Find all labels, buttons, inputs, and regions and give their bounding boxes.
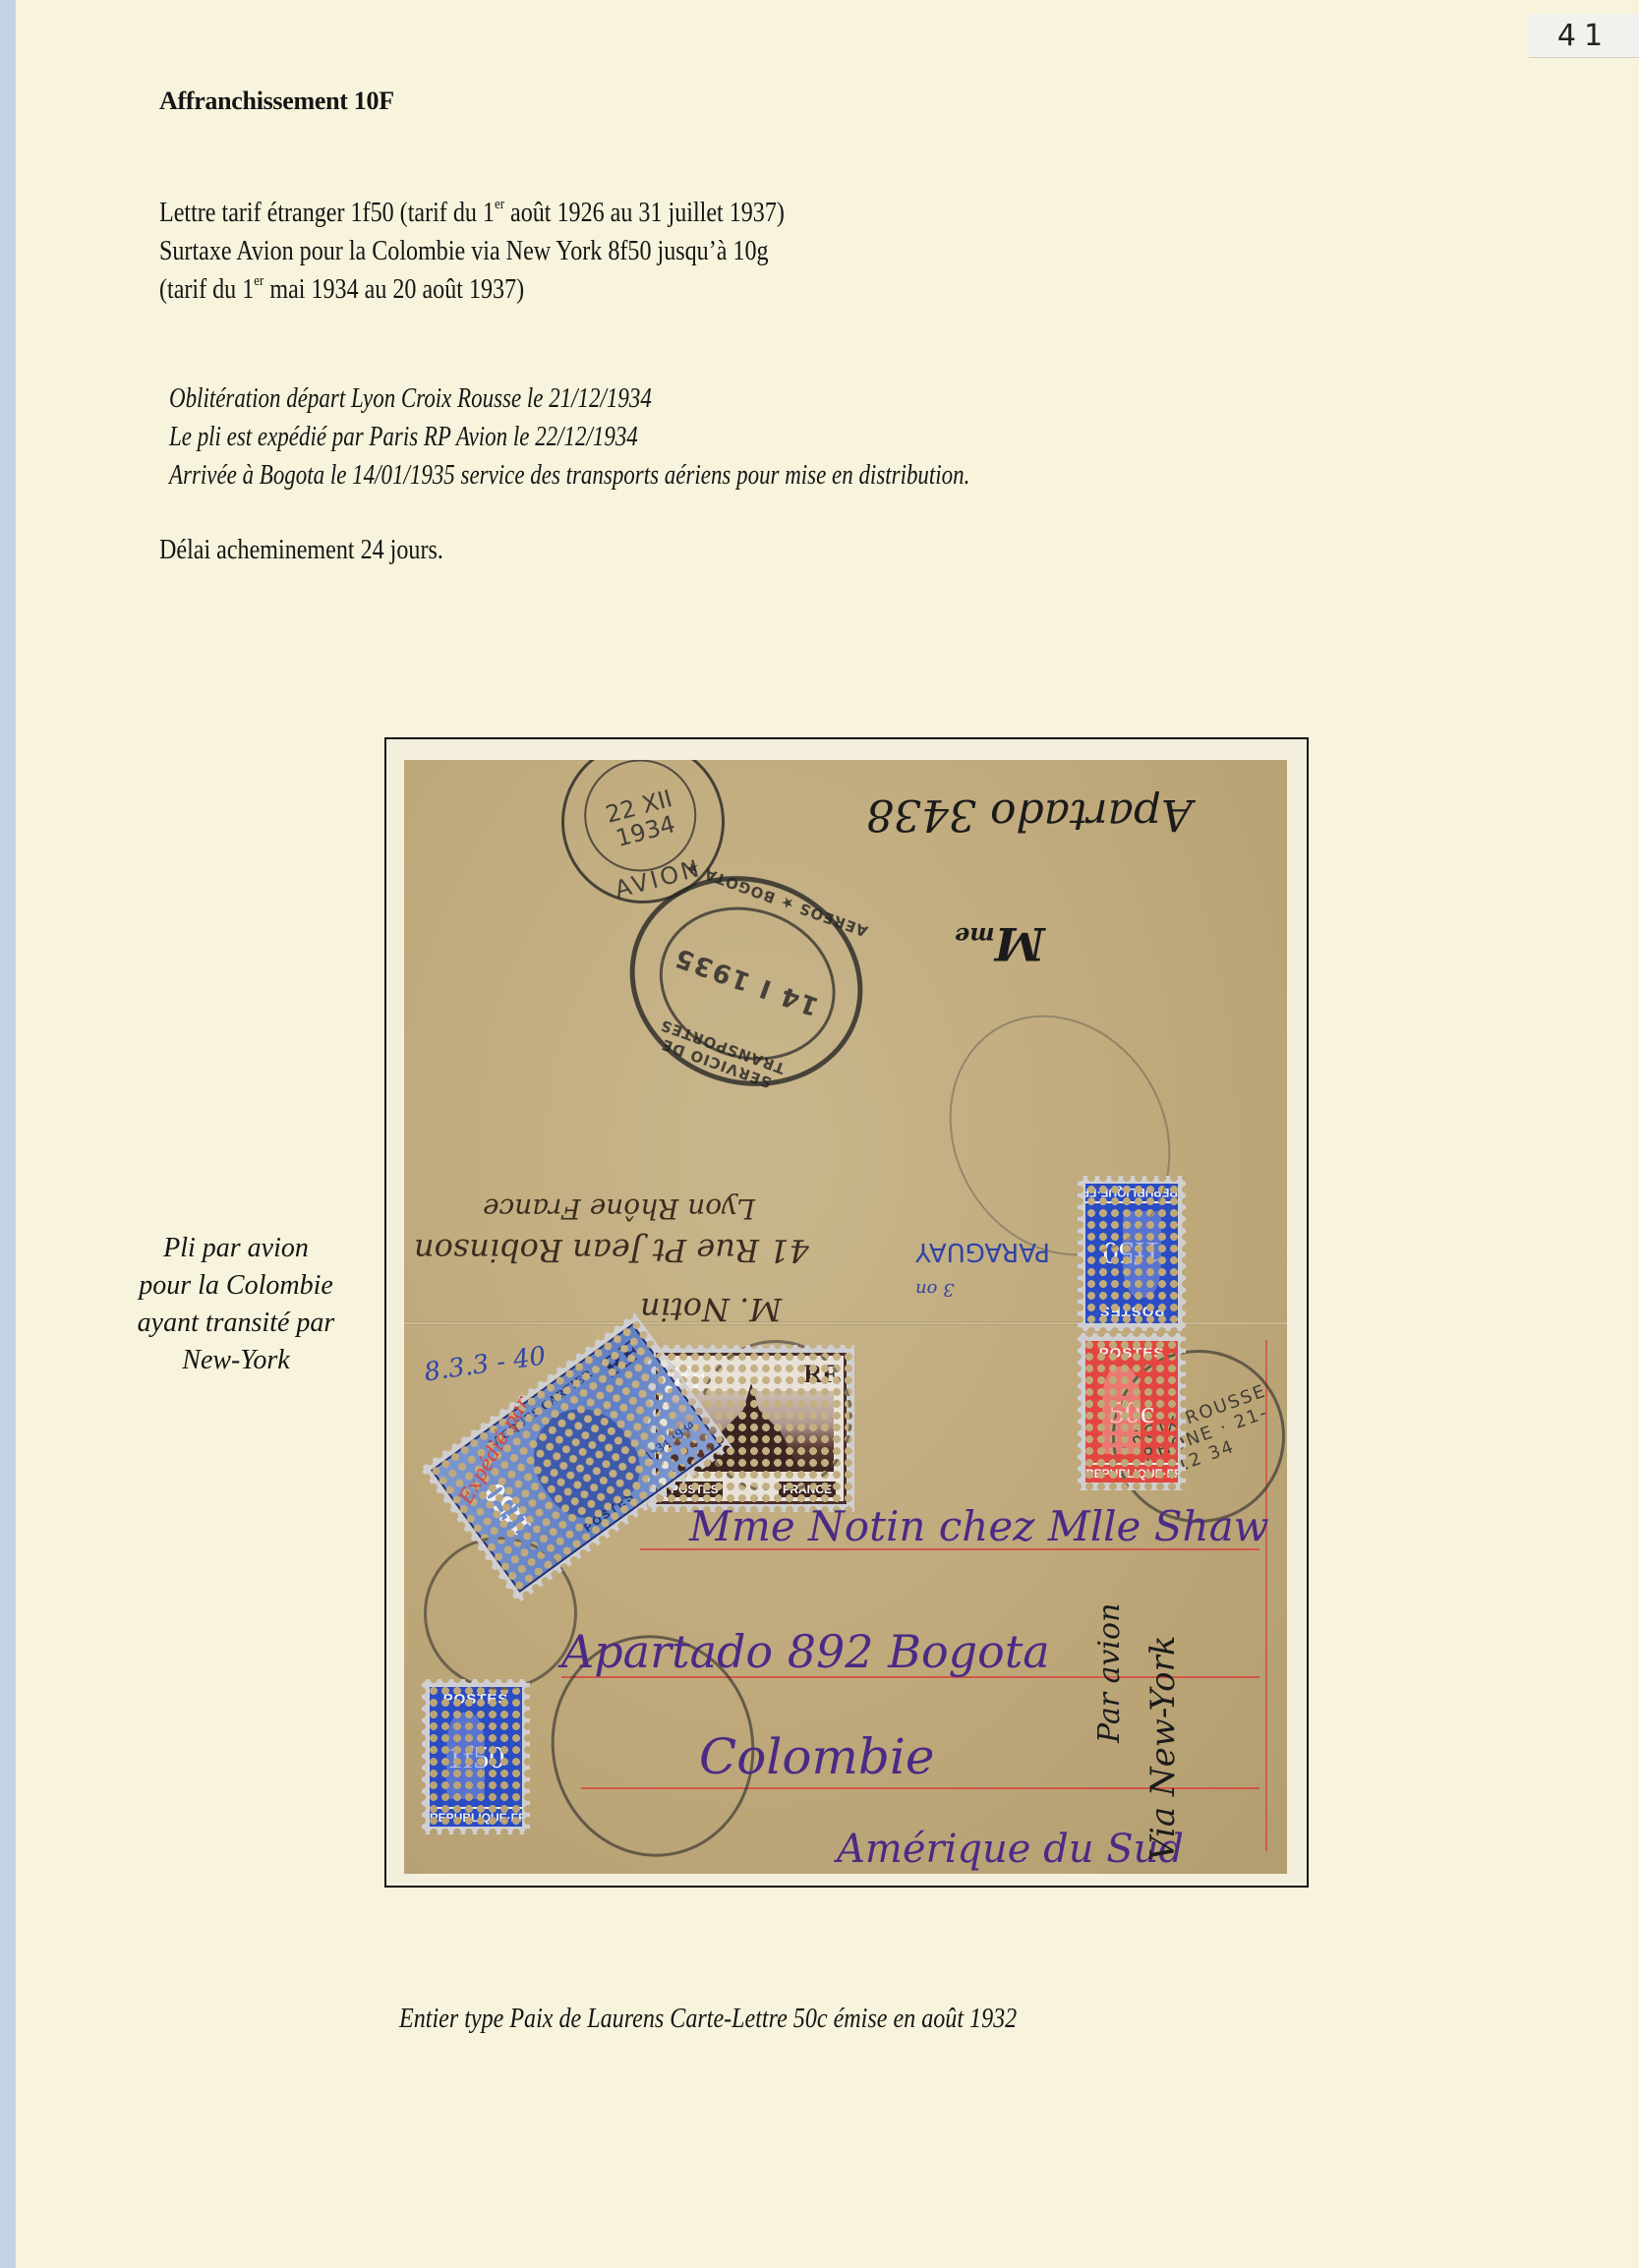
stamp-country: FRANCE: [779, 1482, 836, 1497]
stamp-country: REPUBLIQUE·FRANÇAISE: [1085, 1463, 1178, 1483]
address-line: Amérique du Sud: [837, 1827, 1184, 1872]
side-caption-line: New-York: [93, 1342, 379, 1379]
stamp-paix-50c-entire: POSTES 50c REPUBLIQUE·FRANÇAISE: [1078, 1333, 1186, 1490]
route-description: Oblitération départ Lyon Croix Rousse le…: [169, 379, 969, 494]
tariff-line: (tarif du 1er mai 1934 au 20 août 1937): [159, 270, 785, 309]
handwritten-sender-line: 41 Rue Pt Jean Robinson: [414, 1232, 809, 1269]
handwritten-recipient-back: Mme: [955, 917, 1045, 970]
page-number-label: 41: [1529, 14, 1639, 58]
tariff-description: Lettre tarif étranger 1f50 (tarif du 1er…: [159, 194, 785, 309]
stamp-label: POSTES: [1099, 1345, 1165, 1362]
routing-via-new-york: Via New-York: [1143, 1636, 1183, 1861]
handwritten-sender-line: Lyon Rhône France: [483, 1192, 755, 1225]
routing-par-avion: Par avion: [1092, 1603, 1127, 1743]
stamp-years: 1534 1934: [642, 1419, 699, 1466]
side-caption: Pli par avion pour la Colombie ayant tra…: [93, 1230, 379, 1379]
stamp-rf: RF: [803, 1360, 838, 1389]
delivery-delay: Délai acheminement 24 jours.: [159, 535, 443, 566]
route-line: Oblitération départ Lyon Croix Rousse le…: [169, 379, 969, 418]
stamp-country: REPUBLIQUE·FRANÇAISE: [1085, 1184, 1178, 1203]
stamp-paix-1f50-inverted: POSTES 1f50 REPUBLIQUE·FRANÇAISE: [1078, 1176, 1186, 1331]
bottom-caption: Entier type Paix de Laurens Carte-Lettre…: [399, 2004, 1017, 2035]
letter-card-image: 22 XII1934 AVION SERVICIO DE TRANSPORTES…: [404, 760, 1287, 1874]
stamp-label: POSTES: [443, 1691, 509, 1708]
handwritten-blue-small: 3 on: [915, 1279, 955, 1300]
stamp-paix-1f50: POSTES 1f50 REPUBLIQUE·FRANÇAISE: [422, 1679, 530, 1834]
address-line: Colombie: [699, 1728, 934, 1785]
stamp-rf: RF: [597, 1334, 648, 1384]
handwritten-blue-note: PARAGUAY: [915, 1237, 1050, 1266]
handwritten-sender-line: M. Notin: [640, 1291, 782, 1328]
handwritten-reference: Apartado 3438: [866, 789, 1193, 840]
side-caption-line: Pli par avion: [93, 1230, 379, 1267]
address-line: Mme Notin chez Mlle Shaw: [689, 1502, 1269, 1550]
address-line: Apartado 892 Bogota: [561, 1625, 1050, 1678]
handwritten-blue-number: 8.3.3 - 40: [423, 1341, 549, 1387]
stamp-country: REPUBLIQUE·FRANÇAISE: [430, 1807, 522, 1827]
route-line: Arrivée à Bogota le 14/01/1935 service d…: [169, 456, 969, 494]
page-title: Affranchissement 10F: [159, 87, 394, 116]
route-line: Le pli est expédié par Paris RP Avion le…: [169, 418, 969, 456]
tariff-line: Lettre tarif étranger 1f50 (tarif du 1er…: [159, 194, 785, 232]
cover-frame: 22 XII1934 AVION SERVICIO DE TRANSPORTES…: [384, 737, 1309, 1888]
side-caption-line: pour la Colombie: [93, 1267, 379, 1305]
scan-edge: [0, 0, 16, 2268]
side-caption-line: ayant transité par: [93, 1305, 379, 1342]
tariff-line: Surtaxe Avion pour la Colombie via New Y…: [159, 232, 785, 270]
stamp-label: POSTES: [1099, 1303, 1165, 1319]
